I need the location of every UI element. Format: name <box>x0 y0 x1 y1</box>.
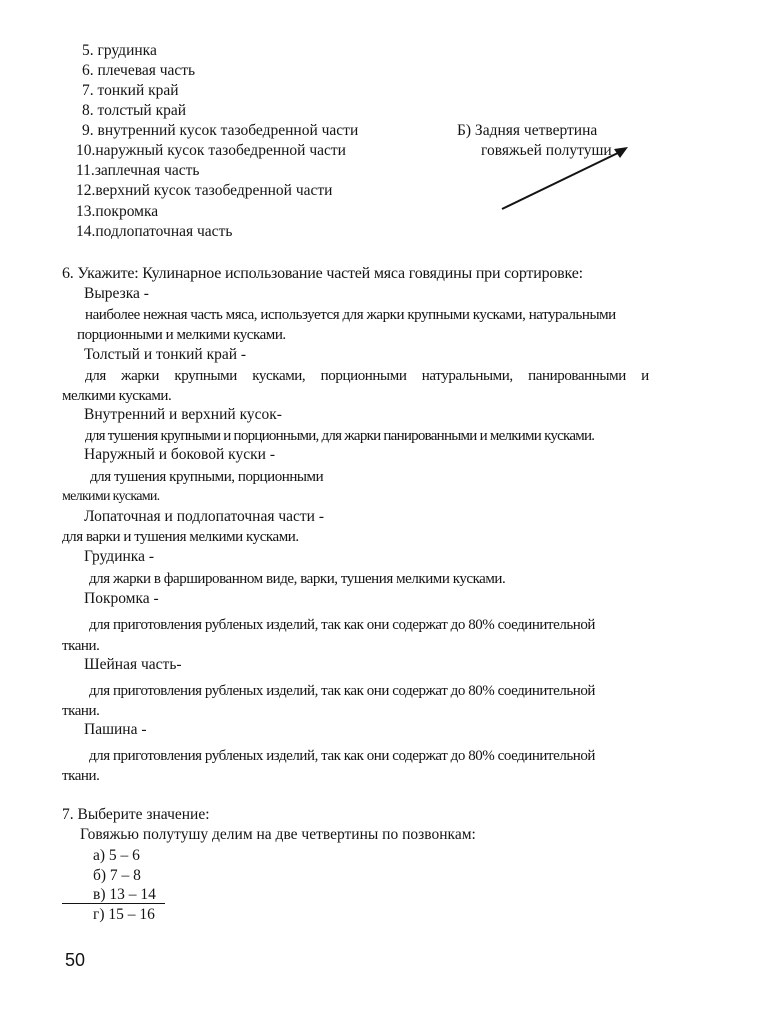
question-6-title: 6. Укажите: Кулинарное использование час… <box>62 265 583 283</box>
desc-line: наиболее нежная часть мяса, используется… <box>85 306 616 324</box>
answer-underline <box>62 903 165 904</box>
question-7-prompt: Говяжью полутушу делим на две четвертины… <box>80 826 476 844</box>
option-c-selected: в) 13 – 14 <box>93 886 156 904</box>
desc-line: для жарки в фаршированном виде, варки, т… <box>89 570 505 588</box>
document-page: 5. грудинка 6. плечевая часть 7. тонкий … <box>0 0 767 1024</box>
desc-line: для приготовления рубленых изделий, так … <box>89 682 595 700</box>
option-a: а) 5 – 6 <box>93 847 140 865</box>
option-d: г) 15 – 16 <box>93 906 155 924</box>
desc-line: мелкими кусками. <box>62 387 171 405</box>
arrow-icon <box>0 0 767 260</box>
term-pokromka: Покромка - <box>84 590 159 608</box>
desc-line: ткани. <box>62 767 99 785</box>
term-flank: Пашина - <box>84 721 147 739</box>
term-inner-upper: Внутренний и верхний кусок- <box>84 406 282 424</box>
desc-line: порционными и мелкими кусками. <box>77 326 286 344</box>
desc-line: мелкими кусками. <box>62 488 159 506</box>
desc-line: для приготовления рубленых изделий, так … <box>89 616 595 634</box>
desc-line: для тушения крупными и порционными, для … <box>85 427 594 445</box>
desc-line: для тушения крупными, порционными <box>90 468 323 486</box>
term-shoulder: Лопаточная и подлопаточная части - <box>84 508 324 526</box>
desc-line: для приготовления рубленых изделий, так … <box>89 747 595 765</box>
desc-line-justified: для жарки крупными кусками, порционными … <box>85 367 707 385</box>
desc-line: для варки и тушения мелкими кусками. <box>62 528 299 546</box>
term-edges: Толстый и тонкий край - <box>84 346 246 364</box>
desc-line: ткани. <box>62 637 99 655</box>
term-vyrezka: Вырезка - <box>84 285 149 303</box>
term-neck: Шейная часть- <box>84 656 182 674</box>
term-outer-side: Наружный и боковой куски - <box>84 446 275 464</box>
page-number: 50 <box>65 950 85 971</box>
option-b: б) 7 – 8 <box>93 867 141 885</box>
desc-line: ткани. <box>62 702 99 720</box>
term-brisket: Грудинка - <box>84 548 154 566</box>
question-7-title: 7. Выберите значение: <box>62 806 210 824</box>
